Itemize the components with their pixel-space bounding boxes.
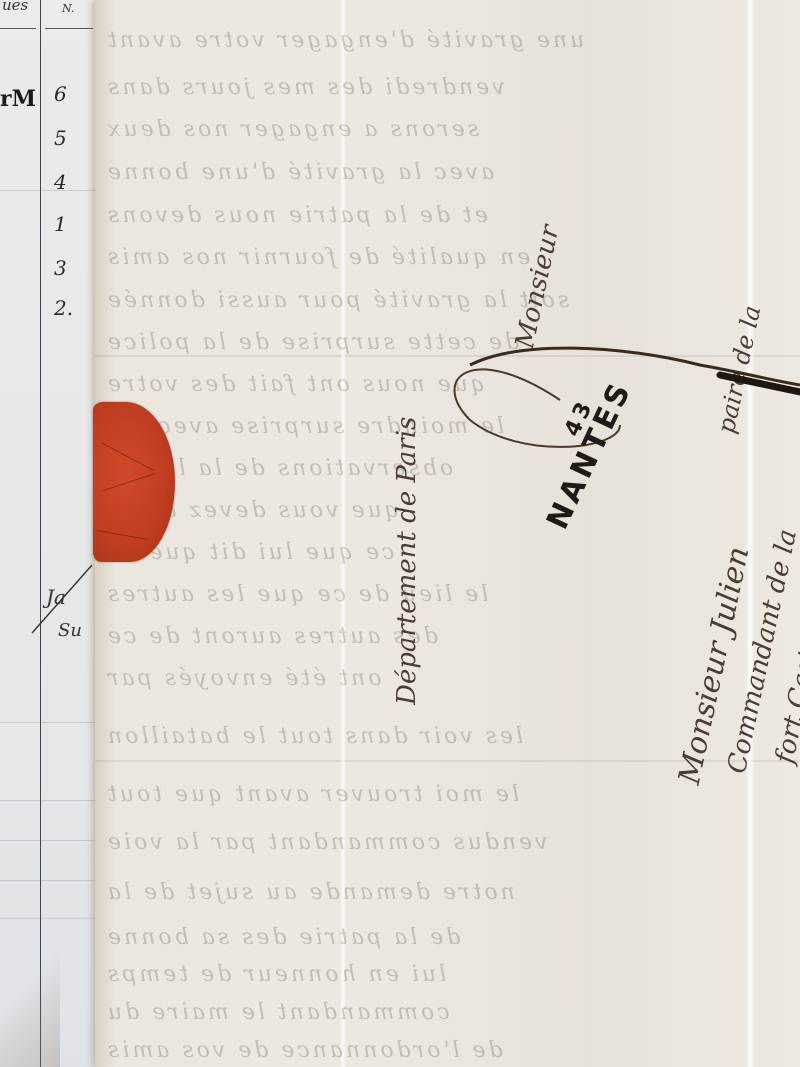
ink-flourish bbox=[0, 0, 800, 1067]
